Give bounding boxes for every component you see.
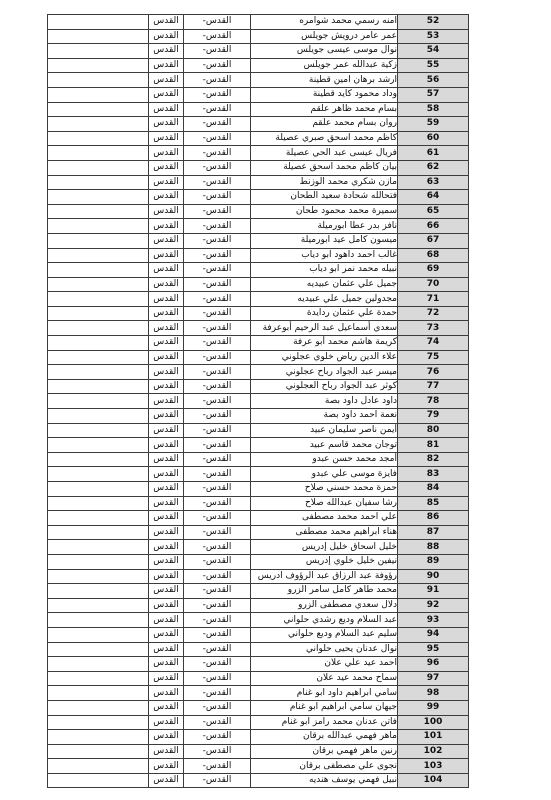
person-name: توجان محمد قاسم عبيد	[251, 438, 398, 453]
empty-cell	[48, 482, 149, 497]
region-cell: القدس-	[184, 146, 251, 161]
row-number: 54	[398, 44, 469, 59]
region-cell: القدس-	[184, 438, 251, 453]
city-cell: القدس	[149, 248, 184, 263]
empty-cell	[48, 117, 149, 132]
empty-cell	[48, 715, 149, 730]
empty-cell	[48, 321, 149, 336]
table-row: 68 غالب احمد داهود ابو دياب القدس- القدس	[48, 248, 469, 263]
city-cell: القدس	[149, 102, 184, 117]
row-number: 87	[398, 525, 469, 540]
table-row: 90 رؤوفة عبد الرزاق عبد الرؤوف ادريس الق…	[48, 569, 469, 584]
city-cell: القدس	[149, 657, 184, 672]
row-number: 91	[398, 584, 469, 599]
region-cell: القدس-	[184, 744, 251, 759]
city-cell: القدس	[149, 277, 184, 292]
city-cell: القدس	[149, 744, 184, 759]
table-row: 86 علي احمد محمد مصطفى القدس- القدس	[48, 511, 469, 526]
region-cell: القدس-	[184, 525, 251, 540]
row-number: 101	[398, 730, 469, 745]
city-cell: القدس	[149, 613, 184, 628]
empty-cell	[48, 204, 149, 219]
row-number: 63	[398, 175, 469, 190]
city-cell: القدس	[149, 759, 184, 774]
empty-cell	[48, 598, 149, 613]
row-number: 97	[398, 671, 469, 686]
person-name: زكية عبدالله عمر جويلس	[251, 58, 398, 73]
table-row: 63 مازن شكري محمد الوزنط القدس- القدس	[48, 175, 469, 190]
empty-cell	[48, 642, 149, 657]
region-cell: القدس-	[184, 117, 251, 132]
table-row: 57 وداد محمود كايد قطينة القدس- القدس	[48, 87, 469, 102]
empty-cell	[48, 131, 149, 146]
person-name: حمزة محمد حسني صلاح	[251, 482, 398, 497]
city-cell: القدس	[149, 350, 184, 365]
person-name: كوثر عبد الجواد رباح العجلوني	[251, 379, 398, 394]
person-name: بسام محمد ظاهر علقم	[251, 102, 398, 117]
row-number: 104	[398, 773, 469, 788]
table-row: 58 بسام محمد ظاهر علقم القدس- القدس	[48, 102, 469, 117]
row-number: 100	[398, 715, 469, 730]
city-cell: القدس	[149, 671, 184, 686]
person-name: حمدة علي عثمان ردايدة	[251, 306, 398, 321]
empty-cell	[48, 87, 149, 102]
region-cell: القدس-	[184, 467, 251, 482]
empty-cell	[48, 467, 149, 482]
row-number: 96	[398, 657, 469, 672]
table-row: 65 سميرة محمد محمود طحان القدس- القدس	[48, 204, 469, 219]
city-cell: القدس	[149, 321, 184, 336]
empty-cell	[48, 219, 149, 234]
city-cell: القدس	[149, 233, 184, 248]
empty-cell	[48, 569, 149, 584]
table-row: 84 حمزة محمد حسني صلاح القدس- القدس	[48, 482, 469, 497]
empty-cell	[48, 175, 149, 190]
row-number: 84	[398, 482, 469, 497]
person-name: مجدولين جميل علي عبيديه	[251, 292, 398, 307]
row-number: 60	[398, 131, 469, 146]
empty-cell	[48, 700, 149, 715]
row-number: 76	[398, 365, 469, 380]
city-cell: القدس	[149, 73, 184, 88]
row-number: 90	[398, 569, 469, 584]
region-cell: القدس-	[184, 730, 251, 745]
city-cell: القدس	[149, 627, 184, 642]
row-number: 85	[398, 496, 469, 511]
row-number: 93	[398, 613, 469, 628]
region-cell: القدس-	[184, 584, 251, 599]
row-number: 73	[398, 321, 469, 336]
region-cell: القدس-	[184, 686, 251, 701]
row-number: 103	[398, 759, 469, 774]
region-cell: القدس-	[184, 321, 251, 336]
row-number: 61	[398, 146, 469, 161]
table-row: 85 رشا سفيان عبدالله صلاح القدس- القدس	[48, 496, 469, 511]
row-number: 88	[398, 540, 469, 555]
empty-cell	[48, 525, 149, 540]
row-number: 81	[398, 438, 469, 453]
empty-cell	[48, 160, 149, 175]
names-table-body: 52 امنه رسمي محمد شوامره القدس- القدس 53…	[48, 15, 469, 788]
table-row: 60 كاظم محمد اسحق صبري عصيلة القدس- القد…	[48, 131, 469, 146]
table-row: 88 خليل اسحاق خليل إدريس القدس- القدس	[48, 540, 469, 555]
region-cell: القدس-	[184, 657, 251, 672]
table-row: 103 نجوى علي مصطفى برقان القدس- القدس	[48, 759, 469, 774]
empty-cell	[48, 686, 149, 701]
region-cell: القدس-	[184, 29, 251, 44]
region-cell: القدس-	[184, 263, 251, 278]
region-cell: القدس-	[184, 233, 251, 248]
region-cell: القدس-	[184, 452, 251, 467]
city-cell: القدس	[149, 87, 184, 102]
table-row: 69 نبيله محمد نمر ابو دياب القدس- القدس	[48, 263, 469, 278]
person-name: خليل اسحاق خليل إدريس	[251, 540, 398, 555]
table-row: 97 سماح محمد عيد علان القدس- القدس	[48, 671, 469, 686]
table-row: 81 توجان محمد قاسم عبيد القدس- القدس	[48, 438, 469, 453]
person-name: عبد السلام وديع رشدي حلواني	[251, 613, 398, 628]
city-cell: القدس	[149, 190, 184, 205]
row-number: 64	[398, 190, 469, 205]
city-cell: القدس	[149, 700, 184, 715]
row-number: 67	[398, 233, 469, 248]
table-row: 98 سامي ابراهيم داود ابو غنام القدس- الق…	[48, 686, 469, 701]
region-cell: القدس-	[184, 350, 251, 365]
row-number: 102	[398, 744, 469, 759]
empty-cell	[48, 584, 149, 599]
row-number: 86	[398, 511, 469, 526]
region-cell: القدس-	[184, 175, 251, 190]
city-cell: القدس	[149, 15, 184, 30]
empty-cell	[48, 379, 149, 394]
city-cell: القدس	[149, 496, 184, 511]
empty-cell	[48, 554, 149, 569]
city-cell: القدس	[149, 292, 184, 307]
empty-cell	[48, 496, 149, 511]
person-name: عمر عامر درويش جويلس	[251, 29, 398, 44]
table-row: 83 فايزة موسى علي عبدو القدس- القدس	[48, 467, 469, 482]
empty-cell	[48, 671, 149, 686]
city-cell: القدس	[149, 686, 184, 701]
person-name: كاظم محمد اسحق صبري عصيلة	[251, 131, 398, 146]
person-name: غالب احمد داهود ابو دياب	[251, 248, 398, 263]
city-cell: القدس	[149, 438, 184, 453]
row-number: 68	[398, 248, 469, 263]
region-cell: القدس-	[184, 292, 251, 307]
region-cell: القدس-	[184, 759, 251, 774]
region-cell: القدس-	[184, 569, 251, 584]
person-name: جيهان سامي ابراهيم ابو غنام	[251, 700, 398, 715]
person-name: امنه رسمي محمد شوامره	[251, 15, 398, 30]
table-row: 82 أمجد محمد حسن عبدو القدس- القدس	[48, 452, 469, 467]
empty-cell	[48, 306, 149, 321]
empty-cell	[48, 423, 149, 438]
empty-cell	[48, 146, 149, 161]
person-name: فايزة موسى علي عبدو	[251, 467, 398, 482]
city-cell: القدس	[149, 365, 184, 380]
person-name: ميسر عبد الجواد رباح عجلوني	[251, 365, 398, 380]
city-cell: القدس	[149, 175, 184, 190]
city-cell: القدس	[149, 160, 184, 175]
table-row: 89 نيفين خليل خلوي إدريس القدس- القدس	[48, 554, 469, 569]
region-cell: القدس-	[184, 496, 251, 511]
table-row: 104 نبيل فهمي يوسف هنديه القدس- القدس	[48, 773, 469, 788]
table-row: 77 كوثر عبد الجواد رباح العجلوني القدس- …	[48, 379, 469, 394]
city-cell: القدس	[149, 730, 184, 745]
empty-cell	[48, 657, 149, 672]
row-number: 78	[398, 394, 469, 409]
city-cell: القدس	[149, 525, 184, 540]
person-name: داود عادل داود بصة	[251, 394, 398, 409]
person-name: ارشد برهان امين قطينة	[251, 73, 398, 88]
empty-cell	[48, 409, 149, 424]
city-cell: القدس	[149, 306, 184, 321]
city-cell: القدس	[149, 540, 184, 555]
table-row: 70 جميل علي عثمان عبيديه القدس- القدس	[48, 277, 469, 292]
person-name: أيمن ناصر سليمان عبيد	[251, 423, 398, 438]
region-cell: القدس-	[184, 160, 251, 175]
region-cell: القدس-	[184, 336, 251, 351]
row-number: 89	[398, 554, 469, 569]
empty-cell	[48, 263, 149, 278]
document-page: 52 امنه رسمي محمد شوامره القدس- القدس 53…	[0, 0, 551, 800]
table-row: 93 عبد السلام وديع رشدي حلواني القدس- ال…	[48, 613, 469, 628]
empty-cell	[48, 15, 149, 30]
table-row: 100 فاتن عدنان محمد رامز ابو غنام القدس-…	[48, 715, 469, 730]
row-number: 70	[398, 277, 469, 292]
row-number: 59	[398, 117, 469, 132]
person-name: علي احمد محمد مصطفى	[251, 511, 398, 526]
empty-cell	[48, 773, 149, 788]
row-number: 92	[398, 598, 469, 613]
row-number: 79	[398, 409, 469, 424]
empty-cell	[48, 540, 149, 555]
city-cell: القدس	[149, 511, 184, 526]
region-cell: القدس-	[184, 409, 251, 424]
city-cell: القدس	[149, 467, 184, 482]
empty-cell	[48, 190, 149, 205]
person-name: رؤوفة عبد الرزاق عبد الرؤوف ادريس	[251, 569, 398, 584]
person-name: سماح محمد عيد علان	[251, 671, 398, 686]
row-number: 72	[398, 306, 469, 321]
region-cell: القدس-	[184, 511, 251, 526]
person-name: دلال سعدي مصطفى الزرو	[251, 598, 398, 613]
region-cell: القدس-	[184, 598, 251, 613]
names-table: 52 امنه رسمي محمد شوامره القدس- القدس 53…	[47, 14, 469, 788]
city-cell: القدس	[149, 58, 184, 73]
row-number: 58	[398, 102, 469, 117]
table-row: 95 نوال عدنان يحيى حلواني القدس- القدس	[48, 642, 469, 657]
table-row: 80 أيمن ناصر سليمان عبيد القدس- القدس	[48, 423, 469, 438]
empty-cell	[48, 58, 149, 73]
empty-cell	[48, 394, 149, 409]
empty-cell	[48, 613, 149, 628]
row-number: 65	[398, 204, 469, 219]
region-cell: القدس-	[184, 773, 251, 788]
region-cell: القدس-	[184, 219, 251, 234]
table-row: 99 جيهان سامي ابراهيم ابو غنام القدس- ال…	[48, 700, 469, 715]
city-cell: القدس	[149, 263, 184, 278]
table-row: 79 نعمة احمد داود بصة القدس- القدس	[48, 409, 469, 424]
table-row: 101 ماهر فهمي عبدالله برقان القدس- القدس	[48, 730, 469, 745]
person-name: نبيله محمد نمر ابو دياب	[251, 263, 398, 278]
empty-cell	[48, 336, 149, 351]
region-cell: القدس-	[184, 204, 251, 219]
row-number: 52	[398, 15, 469, 30]
empty-cell	[48, 102, 149, 117]
person-name: أمجد محمد حسن عبدو	[251, 452, 398, 467]
region-cell: القدس-	[184, 642, 251, 657]
empty-cell	[48, 350, 149, 365]
region-cell: القدس-	[184, 87, 251, 102]
person-name: ميسون كامل عيد ابورميلة	[251, 233, 398, 248]
row-number: 94	[398, 627, 469, 642]
person-name: هناء ابراهيم محمد مصطفى	[251, 525, 398, 540]
table-row: 56 ارشد برهان امين قطينة القدس- القدس	[48, 73, 469, 88]
city-cell: القدس	[149, 773, 184, 788]
person-name: نافز بدر عطا ابورميلة	[251, 219, 398, 234]
city-cell: القدس	[149, 117, 184, 132]
region-cell: القدس-	[184, 190, 251, 205]
empty-cell	[48, 744, 149, 759]
person-name: مازن شكري محمد الوزنط	[251, 175, 398, 190]
region-cell: القدس-	[184, 540, 251, 555]
table-row: 74 كريمة هاشم محمد أبو عرفة القدس- القدس	[48, 336, 469, 351]
table-row: 53 عمر عامر درويش جويلس القدس- القدس	[48, 29, 469, 44]
city-cell: القدس	[149, 409, 184, 424]
table-row: 73 سعدي أسماعيل عبد الرحيم أبوعرفة القدس…	[48, 321, 469, 336]
row-number: 77	[398, 379, 469, 394]
person-name: محمد طاهر كامل سامر الزرو	[251, 584, 398, 599]
region-cell: القدس-	[184, 131, 251, 146]
person-name: احمد عيد علي علان	[251, 657, 398, 672]
region-cell: القدس-	[184, 58, 251, 73]
region-cell: القدس-	[184, 627, 251, 642]
region-cell: القدس-	[184, 700, 251, 715]
row-number: 99	[398, 700, 469, 715]
person-name: بيان كاظم محمد اسحق عصيلة	[251, 160, 398, 175]
empty-cell	[48, 73, 149, 88]
region-cell: القدس-	[184, 482, 251, 497]
row-number: 74	[398, 336, 469, 351]
person-name: سميرة محمد محمود طحان	[251, 204, 398, 219]
region-cell: القدس-	[184, 306, 251, 321]
empty-cell	[48, 248, 149, 263]
row-number: 98	[398, 686, 469, 701]
table-row: 67 ميسون كامل عيد ابورميلة القدس- القدس	[48, 233, 469, 248]
person-name: ماهر فهمي عبدالله برقان	[251, 730, 398, 745]
table-row: 76 ميسر عبد الجواد رباح عجلوني القدس- ال…	[48, 365, 469, 380]
table-row: 59 روان بسام محمد علقم القدس- القدس	[48, 117, 469, 132]
empty-cell	[48, 511, 149, 526]
region-cell: القدس-	[184, 554, 251, 569]
table-row: 62 بيان كاظم محمد اسحق عصيلة القدس- القد…	[48, 160, 469, 175]
empty-cell	[48, 233, 149, 248]
region-cell: القدس-	[184, 102, 251, 117]
region-cell: القدس-	[184, 423, 251, 438]
person-name: جميل علي عثمان عبيديه	[251, 277, 398, 292]
person-name: روان بسام محمد علقم	[251, 117, 398, 132]
city-cell: القدس	[149, 394, 184, 409]
region-cell: القدس-	[184, 671, 251, 686]
city-cell: القدس	[149, 452, 184, 467]
city-cell: القدس	[149, 336, 184, 351]
row-number: 57	[398, 87, 469, 102]
region-cell: القدس-	[184, 715, 251, 730]
person-name: كريمة هاشم محمد أبو عرفة	[251, 336, 398, 351]
region-cell: القدس-	[184, 73, 251, 88]
person-name: وداد محمود كايد قطينة	[251, 87, 398, 102]
row-number: 69	[398, 263, 469, 278]
city-cell: القدس	[149, 204, 184, 219]
city-cell: القدس	[149, 715, 184, 730]
table-row: 94 سليم عبد السلام وديع حلواني القدس- ال…	[48, 627, 469, 642]
table-row: 87 هناء ابراهيم محمد مصطفى القدس- القدس	[48, 525, 469, 540]
table-row: 66 نافز بدر عطا ابورميلة القدس- القدس	[48, 219, 469, 234]
row-number: 82	[398, 452, 469, 467]
city-cell: القدس	[149, 554, 184, 569]
table-row: 78 داود عادل داود بصة القدس- القدس	[48, 394, 469, 409]
row-number: 66	[398, 219, 469, 234]
region-cell: القدس-	[184, 15, 251, 30]
person-name: نوال موسى عيسى جويلس	[251, 44, 398, 59]
row-number: 95	[398, 642, 469, 657]
city-cell: القدس	[149, 569, 184, 584]
region-cell: القدس-	[184, 613, 251, 628]
person-name: نيفين خليل خلوي إدريس	[251, 554, 398, 569]
empty-cell	[48, 44, 149, 59]
row-number: 71	[398, 292, 469, 307]
table-row: 72 حمدة علي عثمان ردايدة القدس- القدس	[48, 306, 469, 321]
table-row: 96 احمد عيد علي علان القدس- القدس	[48, 657, 469, 672]
empty-cell	[48, 730, 149, 745]
person-name: سامي ابراهيم داود ابو غنام	[251, 686, 398, 701]
empty-cell	[48, 29, 149, 44]
region-cell: القدس-	[184, 394, 251, 409]
empty-cell	[48, 759, 149, 774]
row-number: 75	[398, 350, 469, 365]
city-cell: القدس	[149, 423, 184, 438]
table-row: 91 محمد طاهر كامل سامر الزرو القدس- القد…	[48, 584, 469, 599]
region-cell: القدس-	[184, 379, 251, 394]
city-cell: القدس	[149, 642, 184, 657]
row-number: 53	[398, 29, 469, 44]
person-name: نوال عدنان يحيى حلواني	[251, 642, 398, 657]
row-number: 80	[398, 423, 469, 438]
city-cell: القدس	[149, 146, 184, 161]
empty-cell	[48, 292, 149, 307]
person-name: علاء الدين رياض خلوي عجلوني	[251, 350, 398, 365]
empty-cell	[48, 365, 149, 380]
table-row: 61 فريال عيسى عبد الحي عصيلة القدس- القد…	[48, 146, 469, 161]
table-row: 71 مجدولين جميل علي عبيديه القدس- القدس	[48, 292, 469, 307]
person-name: فاتن عدنان محمد رامز ابو غنام	[251, 715, 398, 730]
city-cell: القدس	[149, 379, 184, 394]
table-row: 52 امنه رسمي محمد شوامره القدس- القدس	[48, 15, 469, 30]
region-cell: القدس-	[184, 365, 251, 380]
table-row: 92 دلال سعدي مصطفى الزرو القدس- القدس	[48, 598, 469, 613]
row-number: 62	[398, 160, 469, 175]
person-name: فريال عيسى عبد الحي عصيلة	[251, 146, 398, 161]
empty-cell	[48, 277, 149, 292]
table-row: 102 رنين ماهر فهمي برقان القدس- القدس	[48, 744, 469, 759]
region-cell: القدس-	[184, 248, 251, 263]
person-name: نبيل فهمي يوسف هنديه	[251, 773, 398, 788]
row-number: 83	[398, 467, 469, 482]
city-cell: القدس	[149, 131, 184, 146]
person-name: نجوى علي مصطفى برقان	[251, 759, 398, 774]
city-cell: القدس	[149, 219, 184, 234]
city-cell: القدس	[149, 598, 184, 613]
